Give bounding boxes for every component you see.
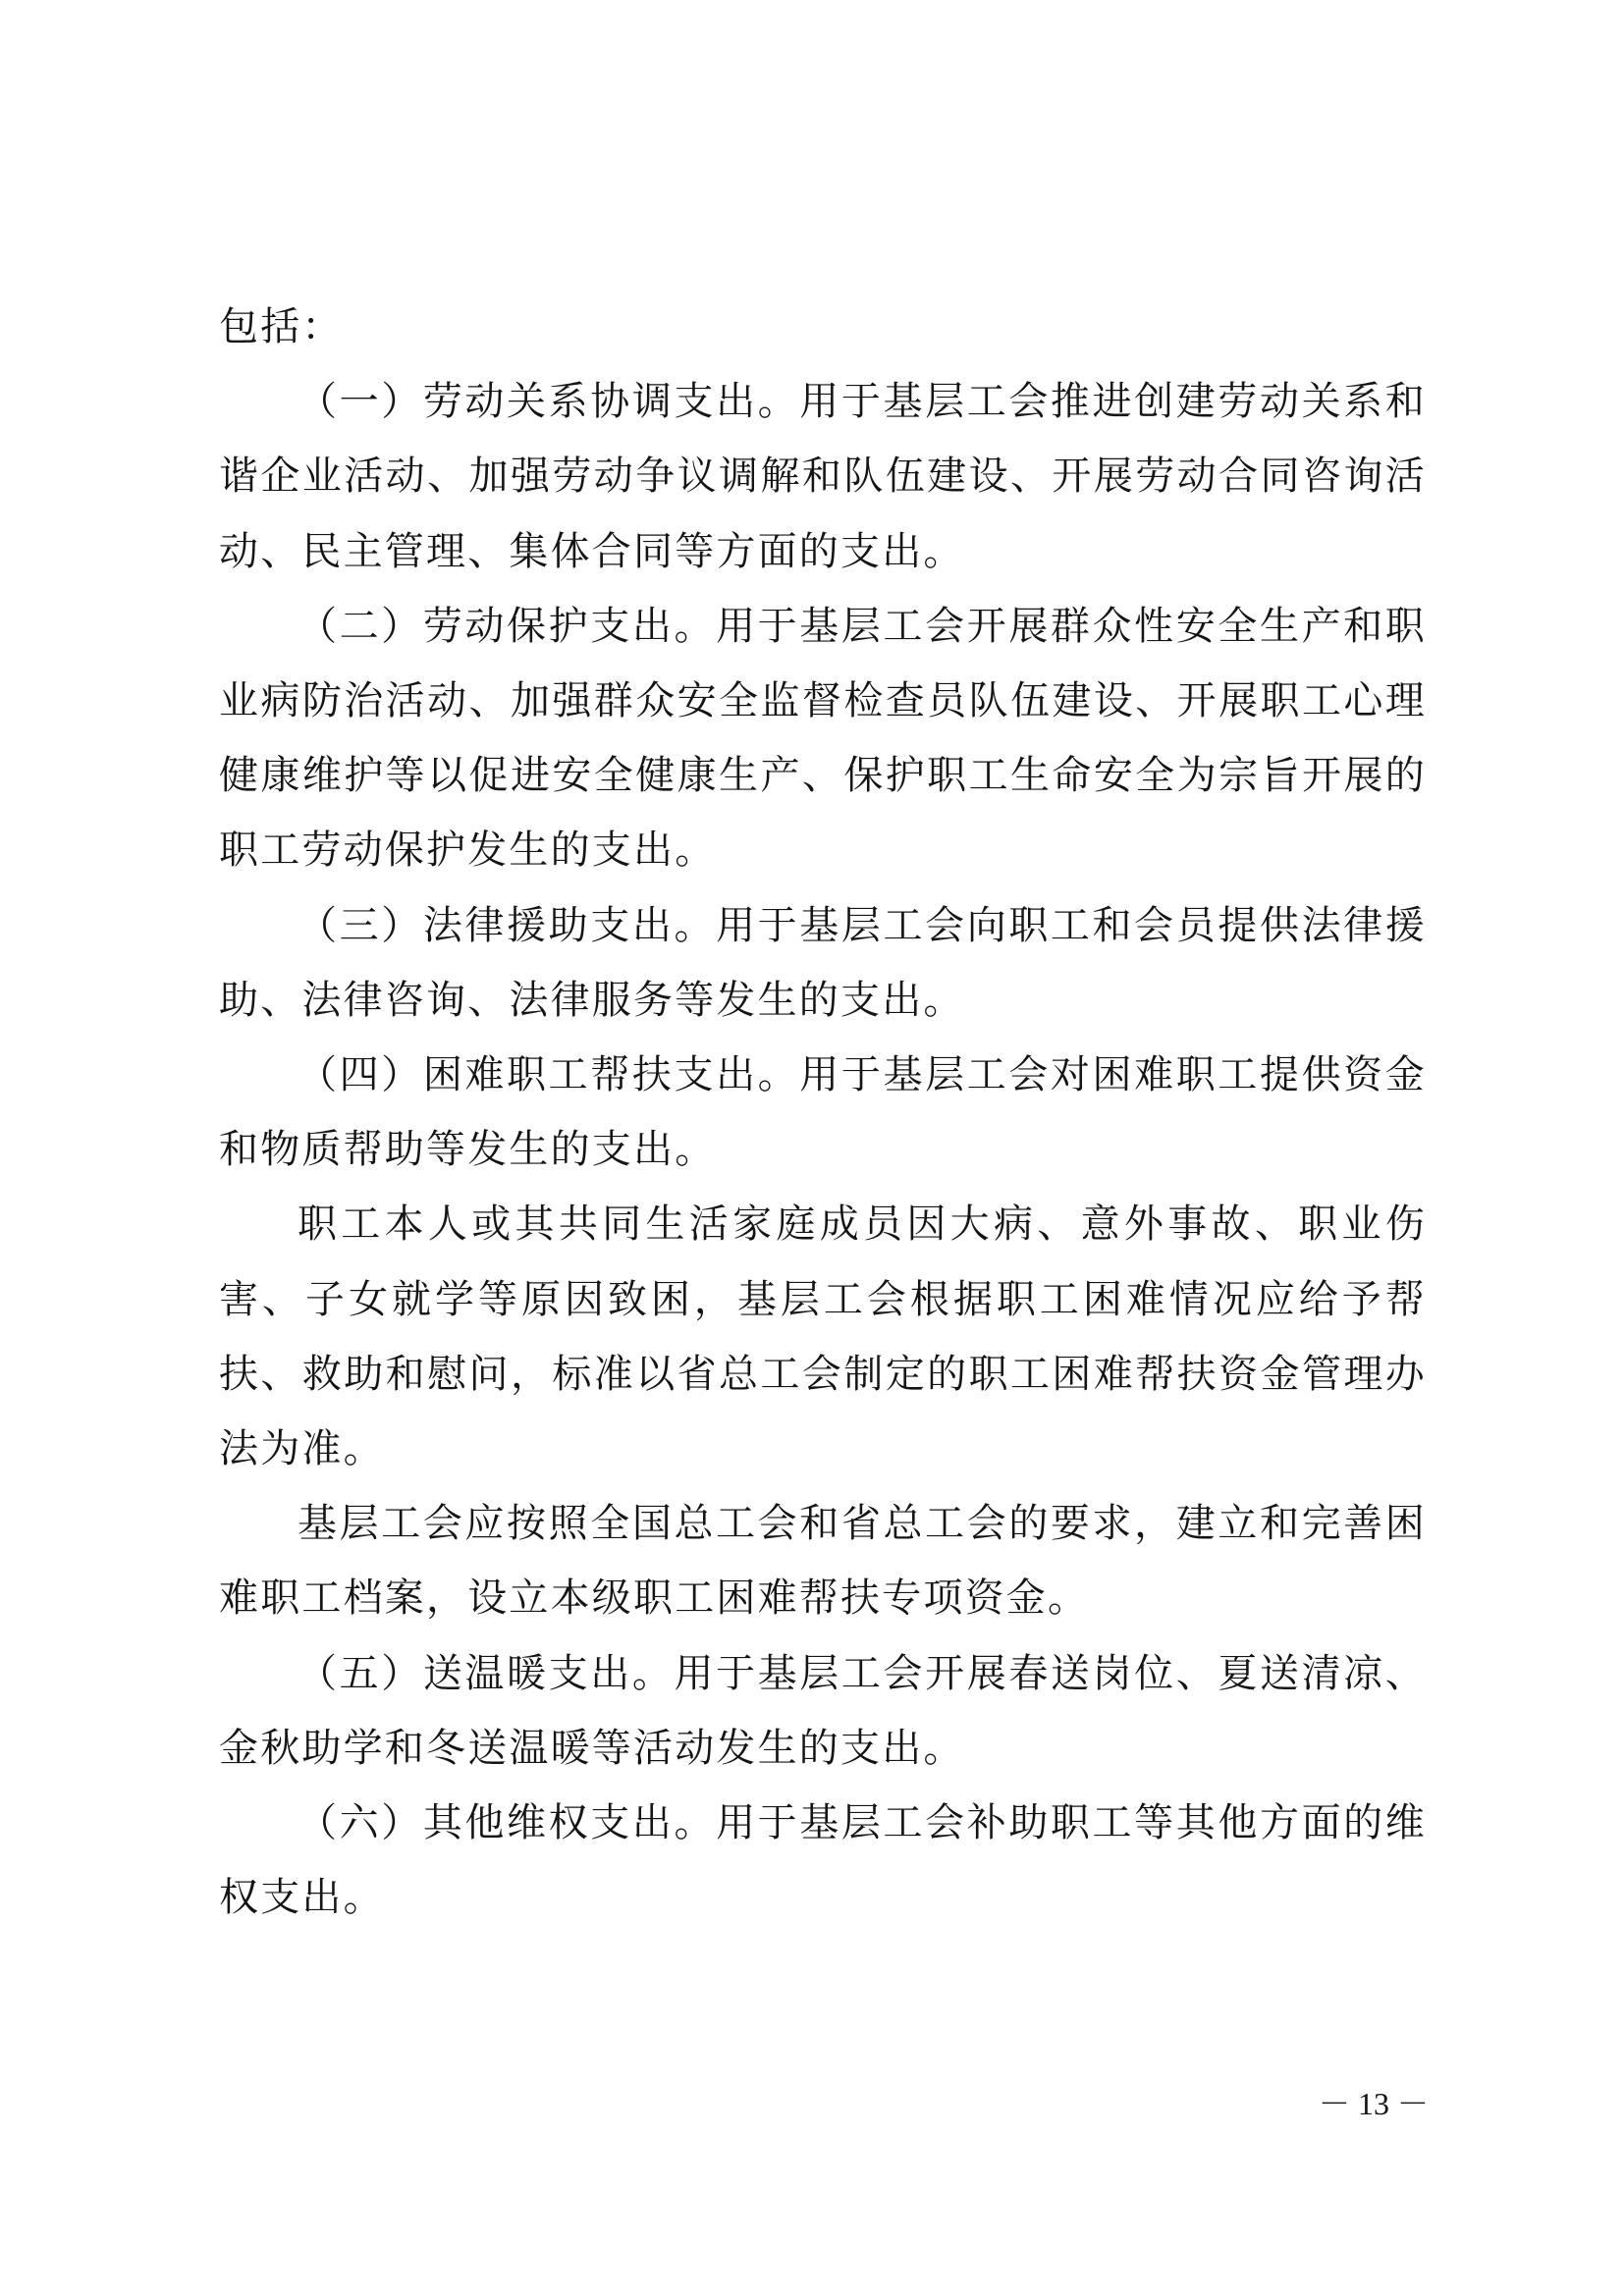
document-body: 包括： （一）劳动关系协调支出。用于基层工会推进创建劳动关系和谐企业活动、加强劳… [219, 290, 1427, 1935]
paragraph-other-rights: （六）其他维权支出。用于基层工会补助职工等其他方面的维权支出。 [219, 1786, 1427, 1935]
page-number: － 13 － [1301, 2079, 1429, 2124]
paragraph-warmth-delivery: （五）送温暖支出。用于基层工会开展春送岗位、夏送清凉、金秋助学和冬送温暖等活动发… [219, 1636, 1427, 1786]
paragraph-legal-aid: （三）法律援助支出。用于基层工会向职工和会员提供法律援助、法律咨询、法律服务等发… [219, 888, 1427, 1038]
paragraph-labor-protection: （二）劳动保护支出。用于基层工会开展群众性安全生产和职业病防治活动、加强群众安全… [219, 589, 1427, 888]
paragraph-labor-relations: （一）劳动关系协调支出。用于基层工会推进创建劳动关系和谐企业活动、加强劳动争议调… [219, 364, 1427, 589]
document-page: 包括： （一）劳动关系协调支出。用于基层工会推进创建劳动关系和谐企业活动、加强劳… [0, 0, 1624, 2296]
paragraph-hardship-assistance: （四）困难职工帮扶支出。用于基层工会对困难职工提供资金和物质帮助等发生的支出。 [219, 1038, 1427, 1187]
paragraph-hardship-criteria: 职工本人或其共同生活家庭成员因大病、意外事故、职业伤害、子女就学等原因致困，基层… [219, 1187, 1427, 1486]
paragraph-intro: 包括： [219, 290, 1427, 364]
paragraph-hardship-records: 基层工会应按照全国总工会和省总工会的要求，建立和完善困难职工档案，设立本级职工困… [219, 1486, 1427, 1635]
